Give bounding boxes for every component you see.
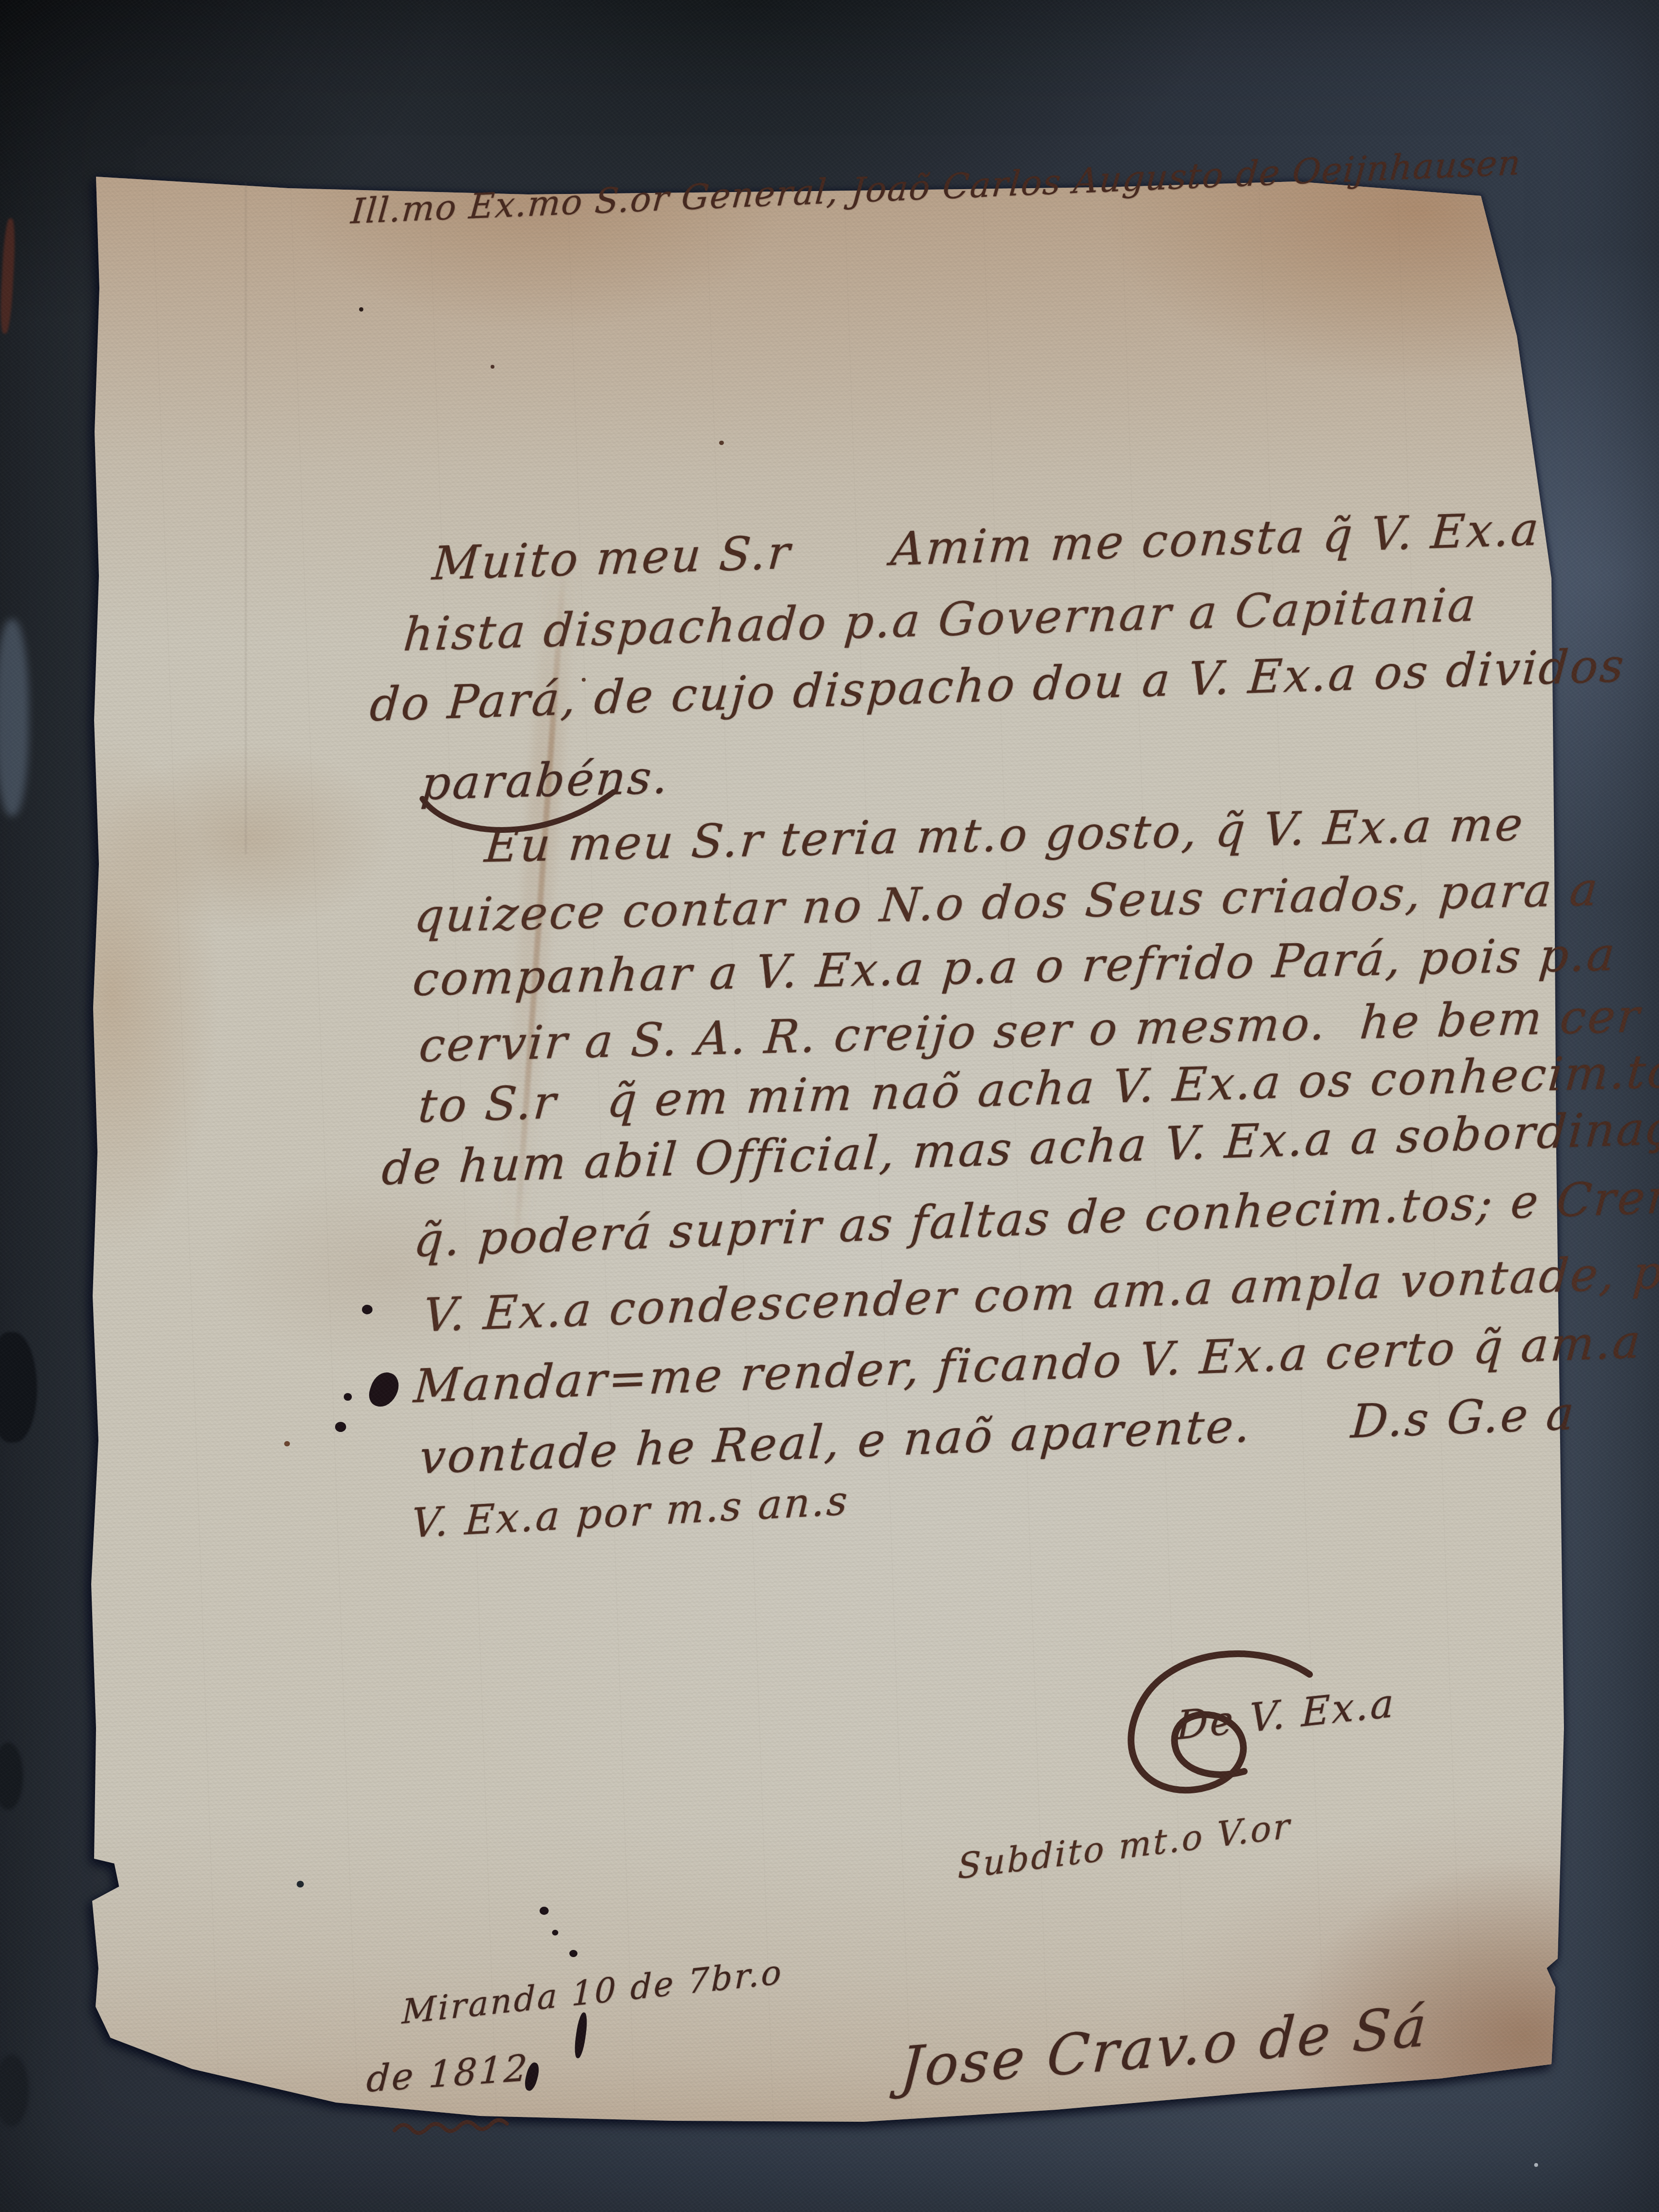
dateline-year: de 1812, <box>365 2045 543 2100</box>
signature: Jose Crav.o de Sá <box>899 1994 1431 2101</box>
paper-speck <box>582 678 586 682</box>
paper-speck <box>491 365 494 369</box>
ink-dot <box>335 1422 346 1432</box>
ink-dot <box>540 1907 549 1915</box>
body-line-5: Eu meu S.r teria mt.o gosto, q̃ V. Ex.a … <box>483 797 1527 873</box>
ink-dot <box>362 1305 373 1314</box>
valediction-flourish <box>1084 1646 1343 1804</box>
ink-dot <box>569 1950 577 1957</box>
paper-speck <box>359 307 363 312</box>
dateline-place: Miranda 10 de 7br.o <box>402 1952 784 2032</box>
handwriting-layer: Ill.mo Ex.mo S.or General, Joaõ Carlos A… <box>0 0 1659 2212</box>
heading-line: Ill.mo Ex.mo S.or General, Joaõ Carlos A… <box>349 142 1523 232</box>
paper-speck <box>284 1441 290 1446</box>
paper-speck <box>719 441 724 445</box>
subscription-line: Subdito mt.o V.or <box>958 1805 1291 1887</box>
ink-dot <box>552 1930 558 1935</box>
body-line-1: Muito meu S.r Amim me consta q̃ V. Ex.a <box>431 502 1542 590</box>
ink-dot <box>344 1393 352 1401</box>
photograph: Ill.mo Ex.mo S.or General, Joaõ Carlos A… <box>0 0 1659 2212</box>
body-line-15: V. Ex.a por m.s an.s <box>410 1477 851 1547</box>
paper-speck <box>297 1881 304 1887</box>
year-underline-squiggle <box>391 2111 520 2145</box>
paragraph-swoosh <box>419 785 620 848</box>
